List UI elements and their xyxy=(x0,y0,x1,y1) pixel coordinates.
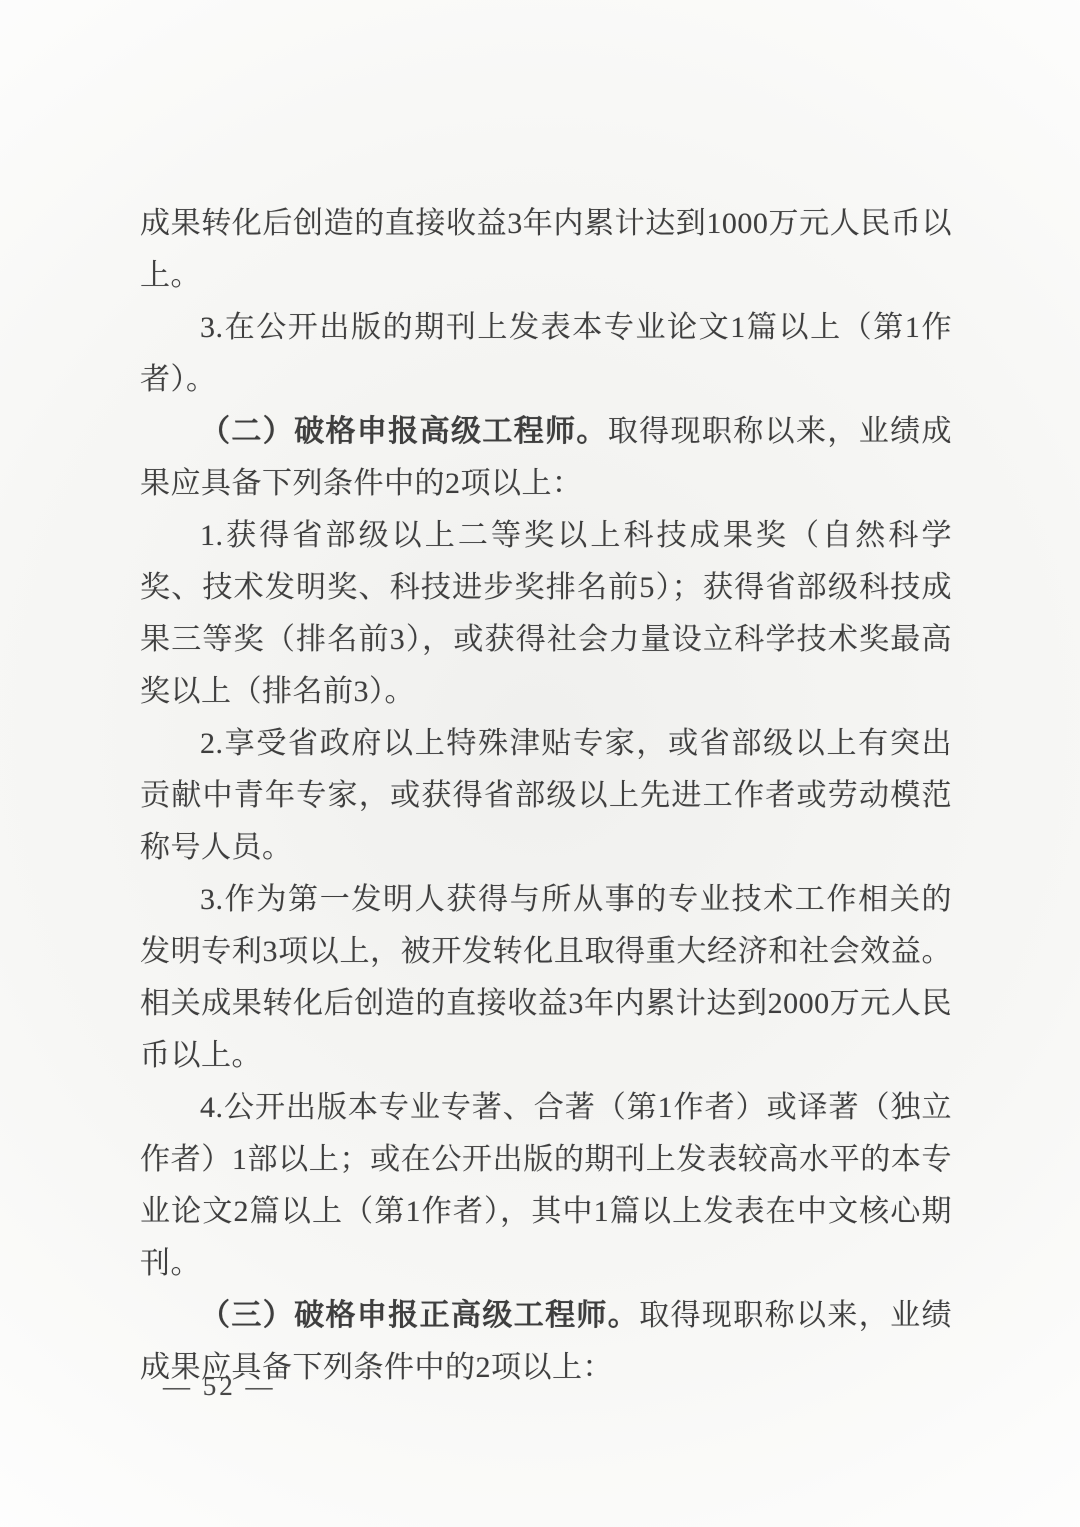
paragraph-text: 3.在公开出版的期刊上发表本专业论文1篇以上（第1作者）。 xyxy=(140,311,952,396)
page-number: — 52 — xyxy=(163,1371,276,1401)
document-page: 成果转化后创造的直接收益3年内累计达到1000万元人民币以上。 3.在公开出版的… xyxy=(0,0,1080,1527)
document-body: 成果转化后创造的直接收益3年内累计达到1000万元人民币以上。 3.在公开出版的… xyxy=(140,198,952,1394)
paragraph: 3.作为第一发明人获得与所从事的专业技术工作相关的发明专利3项以上，被开发转化且… xyxy=(140,874,952,1082)
paragraph-text: 4.公开出版本专业专著、合著（第1作者）或译著（独立作者）1部以上；或在公开出版… xyxy=(140,1091,952,1280)
paragraph: 1.获得省部级以上二等奖以上科技成果奖（自然科学奖、技术发明奖、科技进步奖排名前… xyxy=(140,510,952,718)
page-footer: — 52 — xyxy=(163,1366,276,1406)
paragraph-text: 1.获得省部级以上二等奖以上科技成果奖（自然科学奖、技术发明奖、科技进步奖排名前… xyxy=(140,519,952,708)
section-heading: （三）破格申报正高级工程师。 xyxy=(200,1299,639,1332)
paragraph: 成果转化后创造的直接收益3年内累计达到1000万元人民币以上。 xyxy=(140,198,952,302)
paragraph-text: 3.作为第一发明人获得与所从事的专业技术工作相关的发明专利3项以上，被开发转化且… xyxy=(140,883,952,1072)
section-heading: （二）破格申报高级工程师。 xyxy=(200,415,608,448)
paragraph: （二）破格申报高级工程师。取得现职称以来，业绩成果应具备下列条件中的2项以上： xyxy=(140,406,952,510)
paragraph: 2.享受省政府以上特殊津贴专家，或省部级以上有突出贡献中青年专家，或获得省部级以… xyxy=(140,718,952,874)
paragraph: 3.在公开出版的期刊上发表本专业论文1篇以上（第1作者）。 xyxy=(140,302,952,406)
paragraph: 4.公开出版本专业专著、合著（第1作者）或译著（独立作者）1部以上；或在公开出版… xyxy=(140,1082,952,1290)
paragraph-text: 成果转化后创造的直接收益3年内累计达到1000万元人民币以上。 xyxy=(140,207,952,292)
paragraph-text: 2.享受省政府以上特殊津贴专家，或省部级以上有突出贡献中青年专家，或获得省部级以… xyxy=(140,727,952,864)
